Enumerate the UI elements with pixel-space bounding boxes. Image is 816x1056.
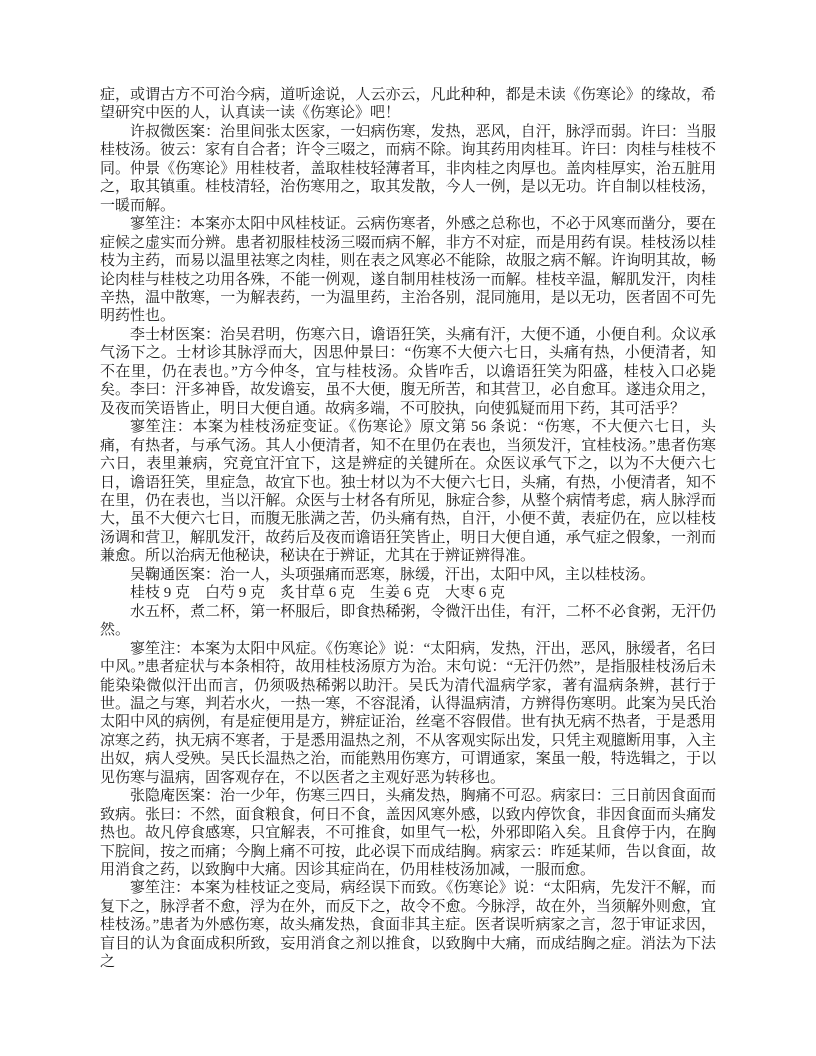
case-zhang-yinan: 张隐庵医案：治一少年，伤寒三四日，头痛发热，胸痛不可忍。病家曰：三日前因食面而致… — [100, 787, 716, 879]
note-liaosheng-on-li: 寥笙注：本案为桂枝汤症变证。《伤寒论》原文第 56 条说：“伤寒，不大便六七日，… — [100, 418, 716, 566]
note-liaosheng-on-xu: 寥笙注：本案亦太阳中风桂枝证。云病伤寒者，外感之总称也，不必于风寒而凿分，要在症… — [100, 215, 716, 326]
document-page: 症，或谓古方不可治今病，道听途说，人云亦云，凡此种种，都是未读《伤寒论》的缘故，… — [0, 0, 816, 1056]
case-wu-jutong: 吴鞠通医案：治一人，头项强痛而恶寒，脉缓，汗出，太阳中风，主以桂枝汤。 — [100, 566, 716, 584]
decoction-instructions: 水五杯，煮二杯，第一杯服后，即食热稀粥，令微汗出佳，有汗，二杯不必食粥，无汗仍然… — [100, 603, 716, 640]
case-li-shicai: 李士材医案：治吴君明，伤寒六日，谵语狂笑，头痛有汗，大便不通，小便自利。众议承气… — [100, 326, 716, 418]
note-liaosheng-on-zhang: 寥笙注：本案为桂枝证之变局，病经误下而致。《伤寒论》说：“太阳病，先发汗不解，而… — [100, 879, 716, 971]
case-xu-shuwei: 许叔微医案：治里间张太医家，一妇病伤寒，发热，恶风，自汗，脉浮而弱。许曰：当服桂… — [100, 123, 716, 215]
prescription-line: 桂枝 9 克 白芍 9 克 炙甘草 6 克 生姜 6 克 大枣 6 克 — [100, 584, 716, 602]
note-liaosheng-on-wu: 寥笙注：本案为太阳中风症。《伤寒论》说：“太阳病，发热，汗出，恶风，脉缓者，名曰… — [100, 640, 716, 788]
intro-continued-paragraph: 症，或谓古方不可治今病，道听途说，人云亦云，凡此种种，都是未读《伤寒论》的缘故，… — [100, 86, 716, 123]
